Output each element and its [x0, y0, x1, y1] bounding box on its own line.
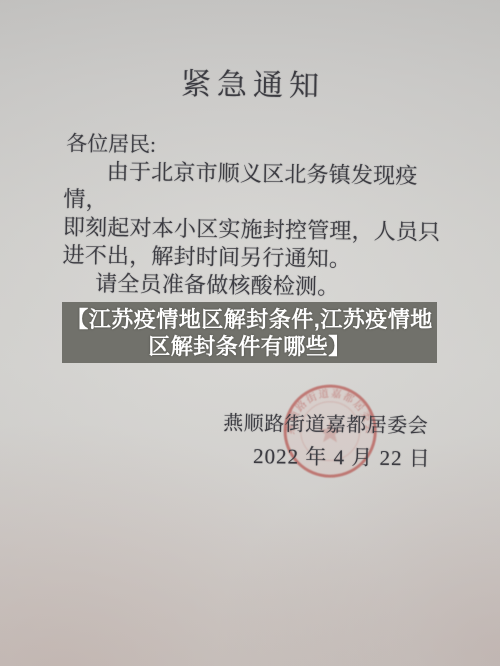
- body-line: 由于北京市顺义区北务镇发现疫情，: [63, 157, 456, 218]
- caption-line-1: 【江苏疫情地区解封条件,江苏疫情地: [66, 306, 433, 333]
- notice-body: 由于北京市顺义区北务镇发现疫情， 即刻起对本小区实施封控管理，人员只 进不出，解…: [62, 157, 456, 302]
- signature-line: 燕顺路街道嘉都居委会: [223, 407, 428, 439]
- date-line: 2022 年 4 月 22 日: [253, 440, 431, 472]
- notice-title: 紧急通知: [3, 57, 500, 108]
- caption-overlay: 【江苏疫情地区解封条件,江苏疫情地 区解封条件有哪些】: [62, 302, 437, 363]
- salutation-line: 各位居民:: [66, 127, 156, 158]
- notice-photo: 紧急通知 各位居民: 由于北京市顺义区北务镇发现疫情， 即刻起对本小区实施封控管…: [0, 0, 500, 666]
- caption-line-2: 区解封条件有哪些】: [148, 333, 351, 360]
- body-line: 请全员准备做核酸检测。: [62, 269, 454, 302]
